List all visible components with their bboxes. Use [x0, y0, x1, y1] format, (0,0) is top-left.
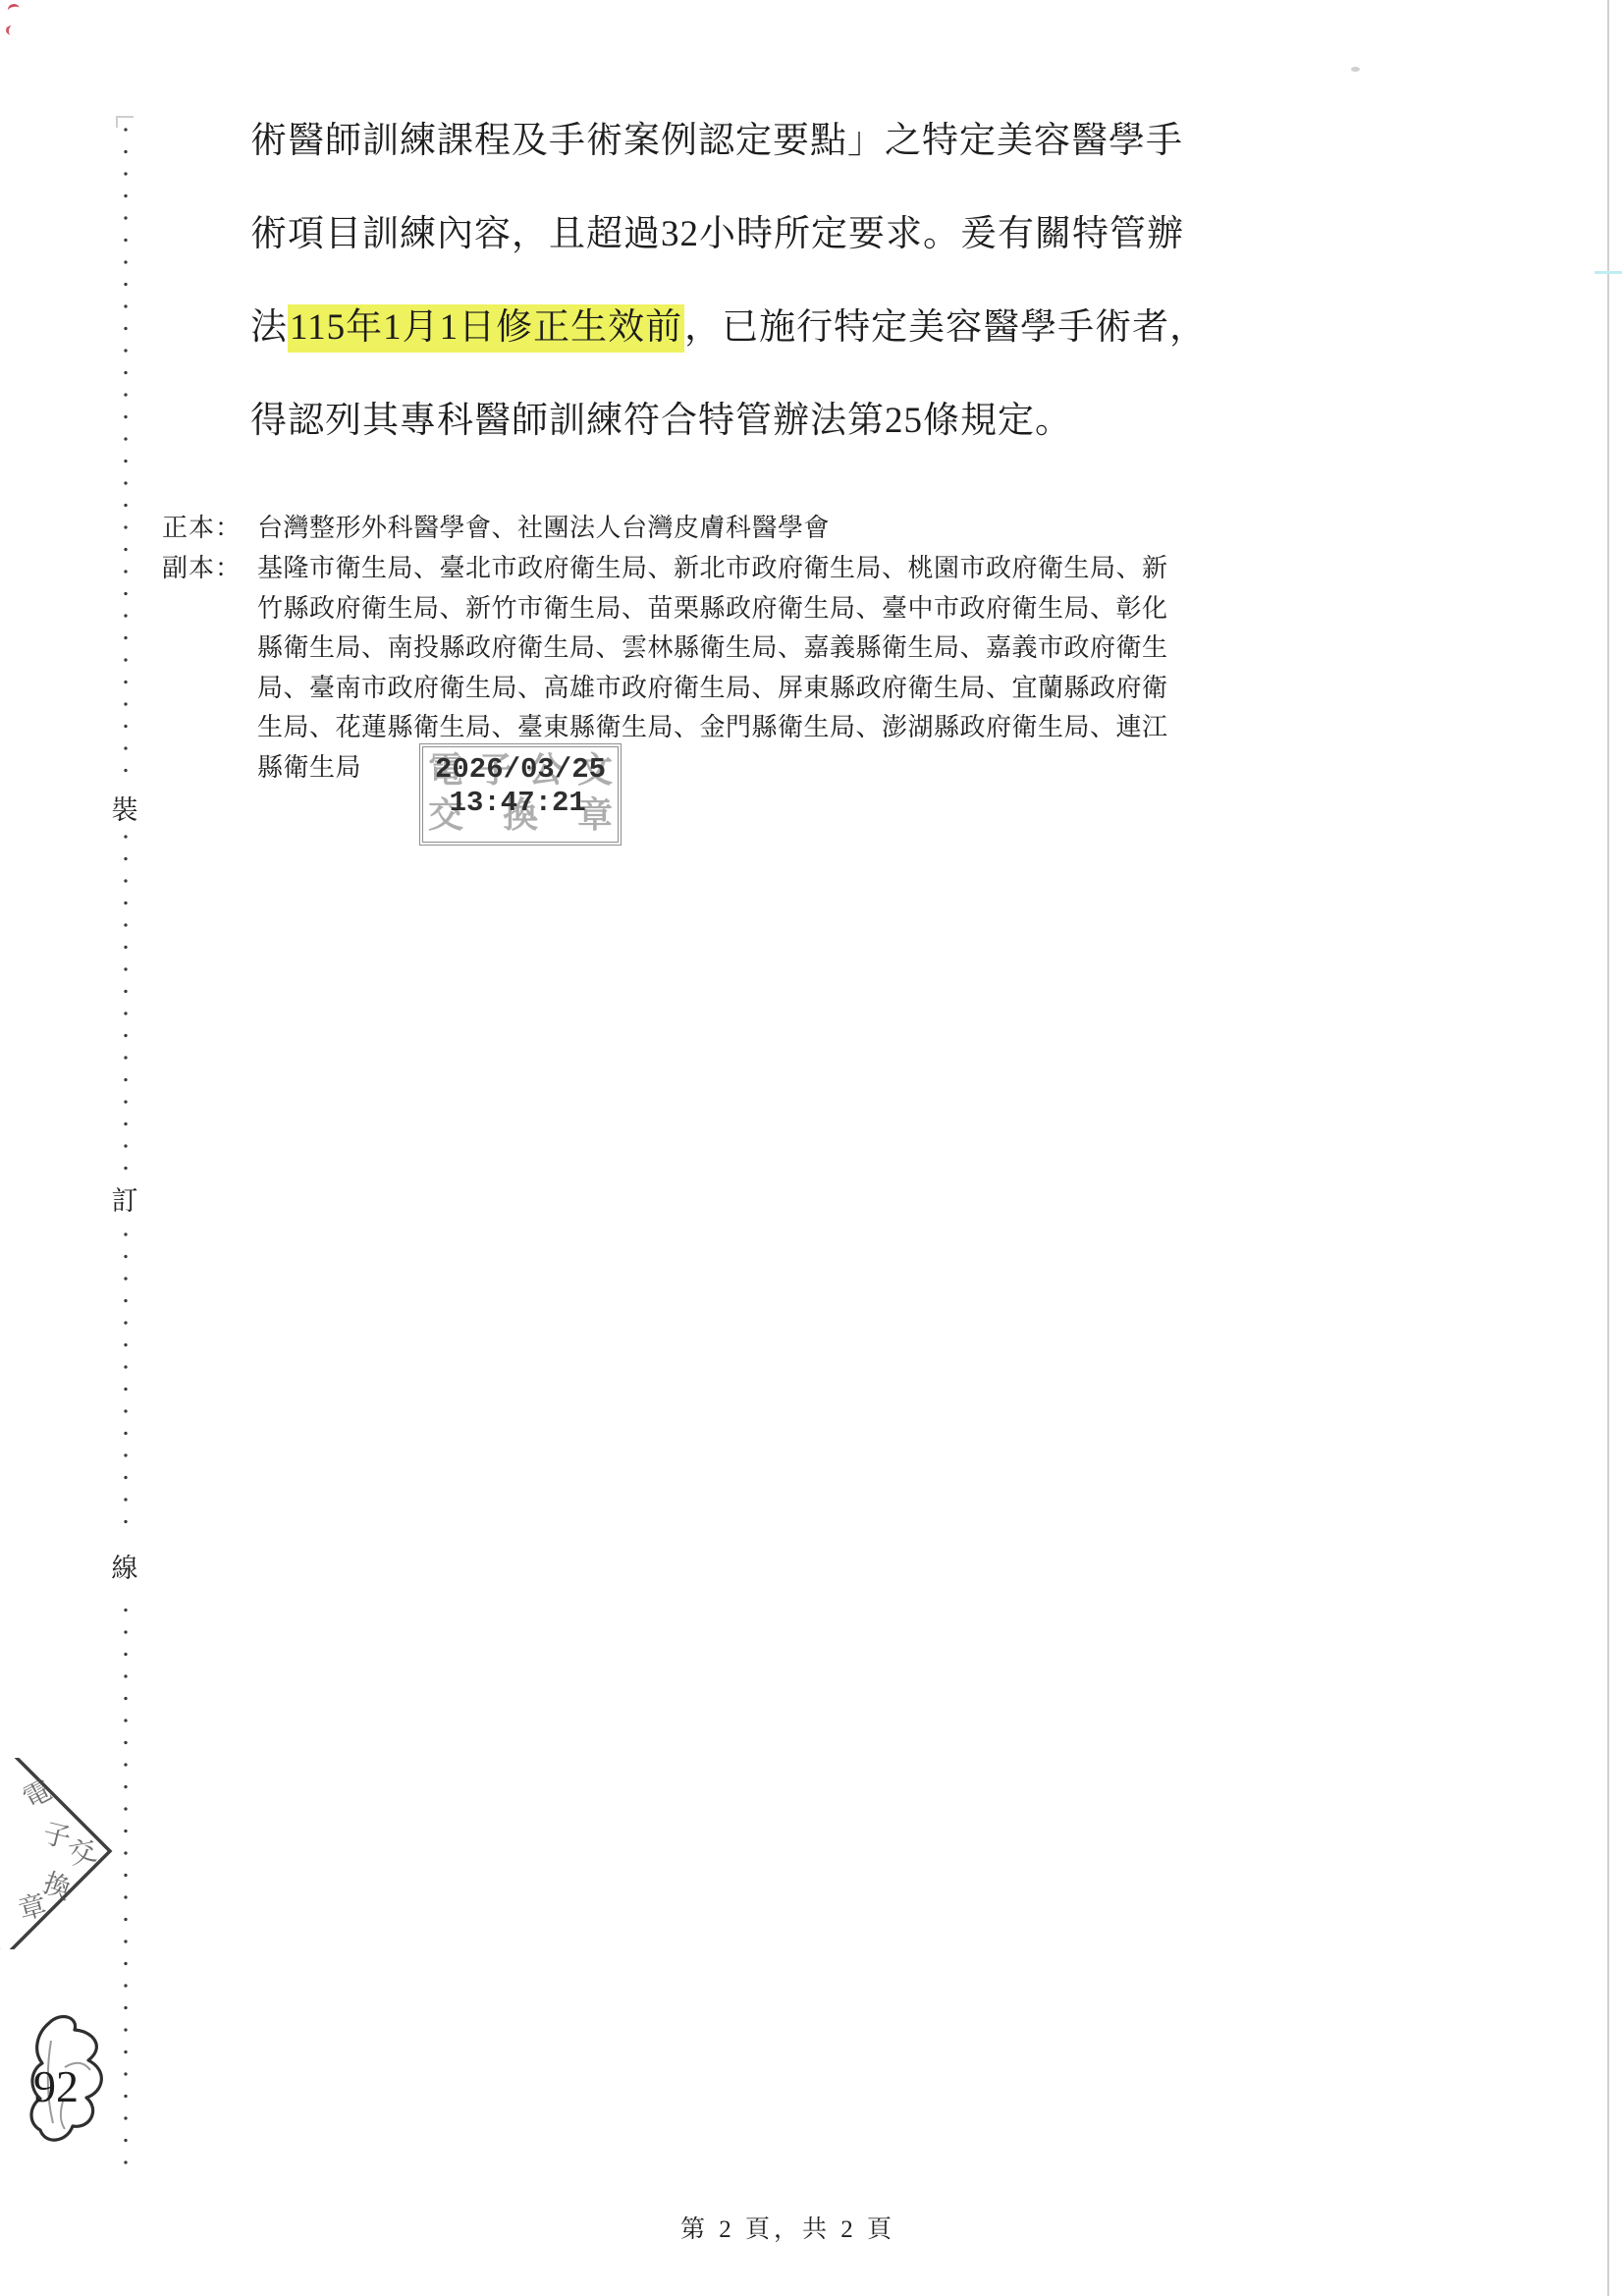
- document-page: 術醫師訓練課程及手術案例認定要點」之特定美容醫學手 術項目訓練內容，且超過32小…: [0, 0, 1623, 2296]
- binding-mark-zhuang: 裝: [102, 784, 147, 832]
- gray-speck: [1351, 67, 1360, 72]
- body-line-3-post: ，已施行特定美容醫學手術者，: [684, 307, 1207, 348]
- corner-stamp-glyph: 電: [18, 1775, 57, 1815]
- body-line-3-pre: 法: [250, 307, 288, 348]
- original-recipient-label: 正本：: [162, 508, 242, 544]
- exchange-stamp-datetime: 2026/03/25 13:47:21: [423, 747, 618, 842]
- body-line-2: 術項目訓練內容，且超過32小時所定要求。爰有關特管辦: [250, 211, 1184, 258]
- corner-diamond-stamp: 電 子 交 換 章: [0, 1758, 137, 1949]
- cc-recipient-line: 竹縣政府衛生局、新竹市衛生局、苗栗縣政府衛生局、臺中市政府衛生局、彰化: [257, 588, 1168, 625]
- body-line-3: 法115年1月1日修正生效前，已施行特定美容醫學手術者，: [250, 304, 1207, 352]
- corner-stamp-glyph: 交: [67, 1835, 99, 1871]
- page-marker-number: 92: [33, 2061, 79, 2111]
- body-line-4: 得認列其專科醫師訓練符合特管辦法第25條規定。: [250, 398, 1072, 445]
- red-ink-speck: [5, 25, 18, 36]
- page-footer: 第 2 頁，共 2 頁: [680, 2210, 895, 2245]
- red-ink-speck: [7, 3, 21, 16]
- scan-edge-line: [1607, 0, 1609, 2296]
- gray-scan-mark: [116, 116, 134, 128]
- cc-recipient-line: 縣衛生局: [257, 747, 361, 784]
- cc-recipient-line: 生局、花蓮縣衛生局、臺東縣衛生局、金門縣衛生局、澎湖縣政府衛生局、連江: [257, 707, 1168, 743]
- cc-recipient-line: 局、臺南市政府衛生局、高雄市政府衛生局、屏東縣政府衛生局、宜蘭縣政府衛: [257, 668, 1168, 704]
- page-92-scribble: 92: [26, 2013, 116, 2153]
- cc-recipient-line: 基隆市衛生局、臺北市政府衛生局、新北市政府衛生局、桃園市政府衛生局、新: [257, 548, 1168, 584]
- body-line-1: 術醫師訓練課程及手術案例認定要點」之特定美容醫學手: [250, 118, 1183, 165]
- binding-mark-xian: 線: [102, 1542, 147, 1590]
- binding-mark-ding: 訂: [102, 1175, 147, 1223]
- cc-recipient-line: 縣衛生局、南投縣政府衛生局、雲林縣衛生局、嘉義縣衛生局、嘉義市政府衛生: [257, 628, 1168, 664]
- highlighted-text: 115年1月1日修正生效前: [288, 304, 684, 353]
- original-recipient-text: 台灣整形外科醫學會、社團法人台灣皮膚科醫學會: [257, 508, 830, 544]
- cc-recipient-label: 副本：: [162, 548, 242, 584]
- exchange-stamp-date: 2026/03/25: [435, 753, 606, 786]
- exchange-stamp-time: 13:47:21: [450, 787, 586, 819]
- scan-cyan-artifact: [1595, 271, 1622, 274]
- electronic-exchange-stamp: 電 子 公 文 交 換 章 2026/03/25 13:47:21: [419, 743, 622, 846]
